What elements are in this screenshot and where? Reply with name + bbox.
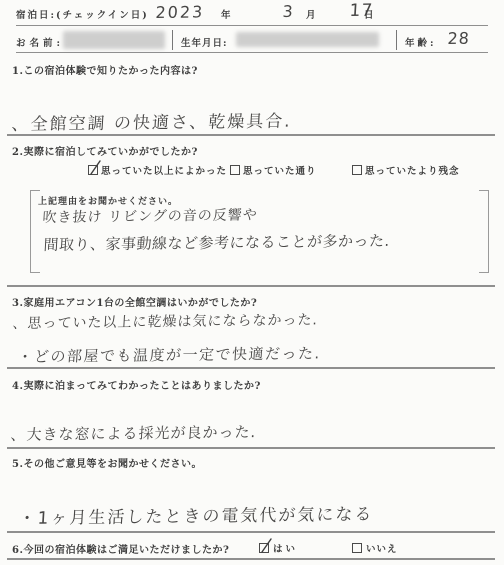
redacted-birthdate-patch [236,32,379,47]
stay-year-handwritten: 2023 [155,2,205,22]
question-5-label: 5.その他ご意見等をお聞かせください。 [12,455,202,470]
question-2-label: 2.実際に宿泊してみていかがでしたか? [12,143,198,158]
age-value-handwritten: 28 [447,29,470,48]
checkbox-better-than-expected [88,165,98,175]
stay-month-handwritten: 3 [282,2,293,21]
checkbox-disappointing [352,165,362,175]
field-divider-1 [172,30,173,50]
field-divider-2 [396,30,397,50]
q6-option-label-yes: はい [273,541,298,555]
year-unit-label: 年 [221,7,232,21]
checkbox-yes [259,543,269,553]
checkbox-as-expected [230,165,240,175]
q2-reason-line-2: 間取り、家事動線など参考になることが多かった. [43,230,390,255]
q2-option-label-disappointing: 思っていたより残念 [365,163,460,177]
checkbox-no [352,543,362,553]
q2-option-label-as-expected: 思っていた通り [243,163,317,177]
q2-option-label-better: 思っていた以上によかった [101,163,227,177]
header-divider-1 [16,25,488,26]
header-divider-2 [16,52,488,53]
day-unit-label: 日 [364,7,375,21]
question-6-label: 6.今回の宿泊体験はご満足いただけましたか? [12,541,229,556]
section-divider [7,285,495,287]
q5-answer-underline [7,531,495,533]
survey-form: 宿泊日:(チェックイン日) 2023 年 3 月 17 日 お名前: 生年月日:… [0,0,504,565]
q5-answer-handwriting: ・1ヶ月生活したときの電気代が気になる [18,500,374,529]
bottom-divider [7,558,495,560]
stay-date-label: 宿泊日:(チェックイン日) [16,7,149,21]
question-3-label: 3.家庭用エアコン1台の全館空調はいかがでしたか? [12,294,257,309]
q2-reason-line-1: 吹き抜け リビングの音の反響や [42,204,258,227]
q1-answer-handwriting: 、全館空調 の快適さ、乾燥具合. [11,107,293,135]
name-label: お名前: [16,35,64,49]
check-mark-icon [260,538,274,554]
month-unit-label: 月 [306,7,317,21]
q3-answer-line-1: 、思っていた以上に乾燥は気にならなかった. [12,309,319,333]
q1-answer-underline [7,134,495,136]
redacted-name-patch [63,31,165,49]
q6-option-label-no: いいえ [366,541,398,555]
question-4-label: 4.実際に泊まってみてわかったことはありましたか? [12,377,261,392]
q4-answer-handwriting: 、大きな窓による採光が良かった. [10,421,257,445]
birthdate-label: 生年月日: [181,35,228,49]
age-label: 年齢: [405,35,437,49]
q4-answer-underline [7,447,495,449]
bracket-bottom-ticks [31,272,488,273]
bracket-top-ticks [31,190,488,191]
q3-answer-underline [7,367,495,369]
q3-answer-line-2: ・どの部屋でも温度が一定で快適だった. [17,342,321,367]
question-1-label: 1.この宿泊体験で知りたかった内容は? [12,62,198,77]
